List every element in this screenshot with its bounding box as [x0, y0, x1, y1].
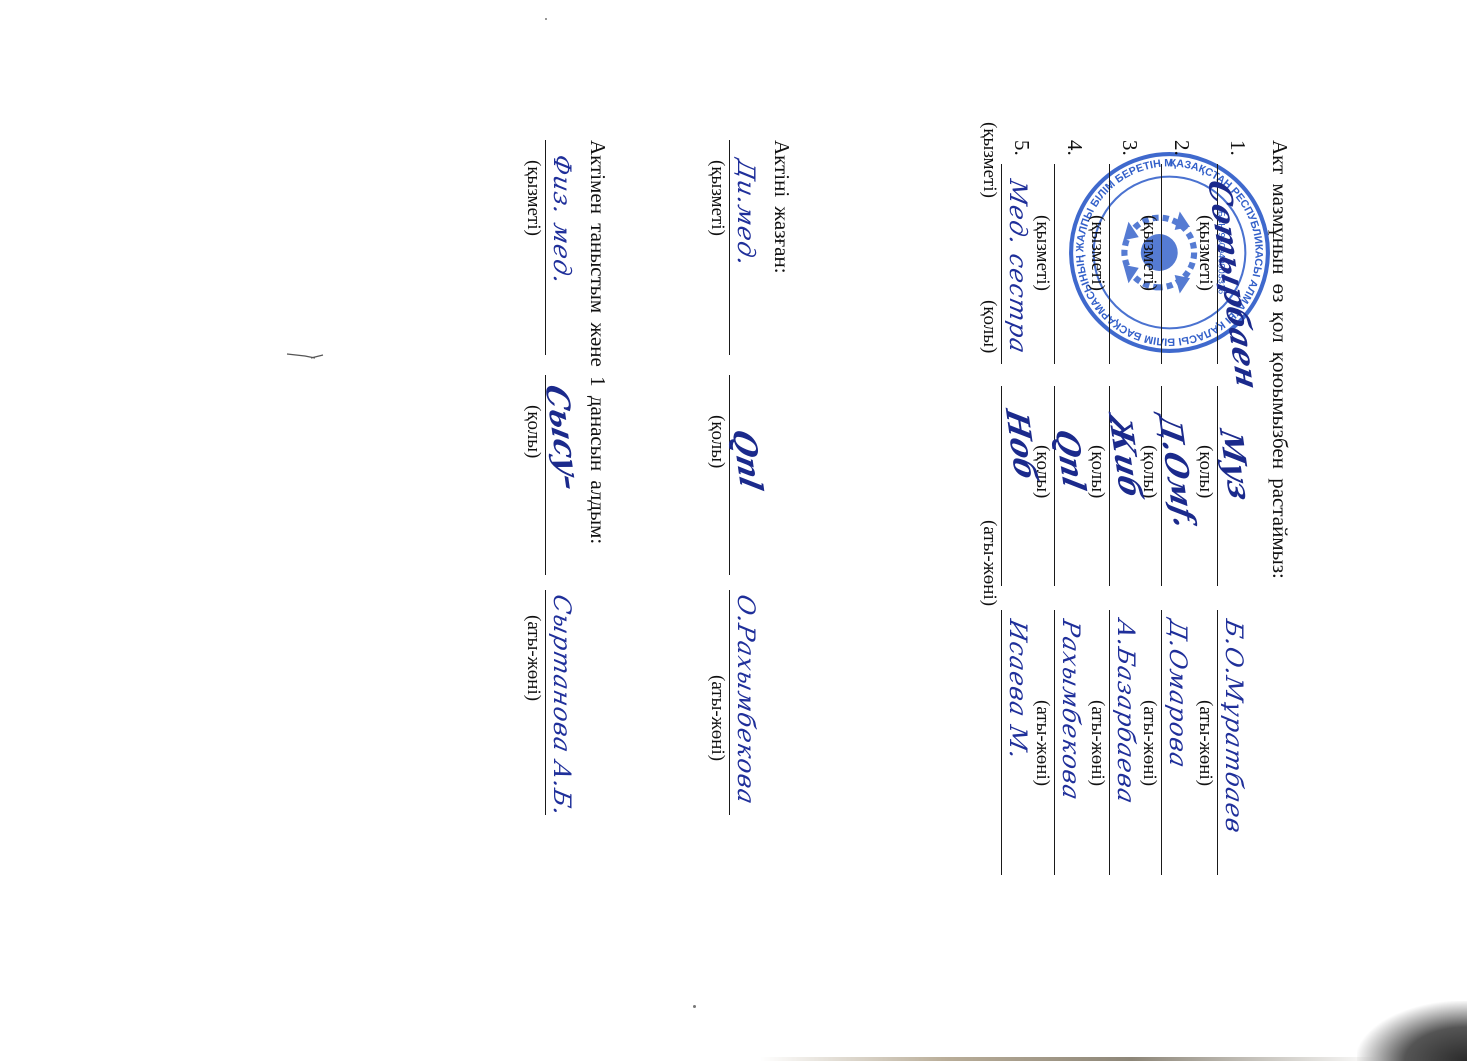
member-4-name: Рахымбекова: [1057, 617, 1085, 803]
name-caption: (аты-жөні): [706, 675, 728, 761]
acknowledged-name: Сыртанова А.Б.: [548, 592, 576, 820]
name-line: [1054, 610, 1055, 875]
name-line: [729, 590, 730, 815]
name-line: [1161, 610, 1162, 875]
member-1-signature: Муз: [1211, 426, 1257, 503]
signature-caption: (қолы): [1194, 445, 1216, 498]
signature-caption: (қолы): [522, 405, 544, 458]
name-caption: (аты-жөні): [1194, 700, 1216, 786]
compiled-position: Ди.мед.: [732, 157, 760, 269]
signature-caption: (қолы): [978, 300, 1000, 353]
signature-line: [1054, 386, 1055, 586]
name-caption: (аты-жөні): [1086, 700, 1108, 786]
name-line: [1001, 610, 1002, 875]
compiled-signature: Qnl: [724, 426, 769, 493]
compiled-name: О.Рахымбекова: [732, 592, 760, 808]
position-line: [1109, 164, 1110, 364]
position-caption: (қызметі): [978, 122, 1000, 198]
member-row-3: 3. (қызметі) Жиб (қолы) А.Базарбаева (ат…: [1082, 140, 1142, 900]
acknowledged-row: Физ. мед. (қызметі) Сысу– (қолы) Сыртано…: [518, 140, 578, 900]
member-5-position: Мед. сестра: [1004, 177, 1032, 357]
compiled-by-heading: Актіні жазған:: [769, 140, 794, 274]
member-row-5: 5. Мед. сестра (қызметі) Ноб (қолы) Исае…: [974, 140, 1034, 900]
position-line: [1054, 164, 1055, 364]
member-1-name: Б.О.Мұратбаев: [1220, 617, 1248, 836]
position-caption: (қызметі): [522, 160, 544, 236]
scanner-corner-shadow: [1357, 1001, 1467, 1061]
name-line: [545, 590, 546, 815]
position-caption: (қызметі): [1031, 215, 1053, 291]
position-line: [545, 140, 546, 355]
scan-edge-strip: [760, 1057, 1380, 1061]
position-line: [1161, 164, 1162, 364]
position-line: [1001, 164, 1002, 364]
name-caption: (аты-жөні): [978, 520, 1000, 606]
scan-mark-icon: [285, 352, 325, 360]
name-line: [1109, 610, 1110, 875]
member-3-name: А.Базарбаева: [1112, 617, 1140, 807]
scan-speck: [545, 18, 547, 20]
scan-speck: [693, 1005, 696, 1008]
acknowledged-heading: Актімен таныстым және 1 данасын алдым:: [585, 140, 610, 544]
signature-line: [729, 375, 730, 575]
member-2-name: Д.Омарова: [1164, 617, 1192, 771]
member-row-2: 2. (қызметі) Д.Омf. (қолы) Д.Омарова (ат…: [1134, 140, 1194, 900]
name-caption: (аты-жөні): [1031, 700, 1053, 786]
compiled-by-row: Ди.мед. (қызметі) Qnl (қолы) О.Рахымбеко…: [702, 140, 762, 900]
signature-caption: (қолы): [706, 415, 728, 468]
name-line: [1217, 610, 1218, 875]
position-line: [729, 140, 730, 355]
position-caption: (қызметі): [706, 160, 728, 236]
signature-line: [1217, 386, 1218, 586]
member-row-4: 4. (қызметі) Qnl (қолы) Рахымбекова (аты…: [1027, 140, 1087, 900]
acknowledged-position: Физ. мед.: [548, 152, 576, 288]
scanned-document-page: Акт мазмұнын өз қол қоюымызбен растаймыз…: [0, 0, 1467, 1061]
position-caption: (қызметі): [1086, 215, 1108, 291]
name-caption: (аты-жөні): [522, 615, 544, 701]
member-5-name: Исаева М.: [1004, 617, 1032, 763]
